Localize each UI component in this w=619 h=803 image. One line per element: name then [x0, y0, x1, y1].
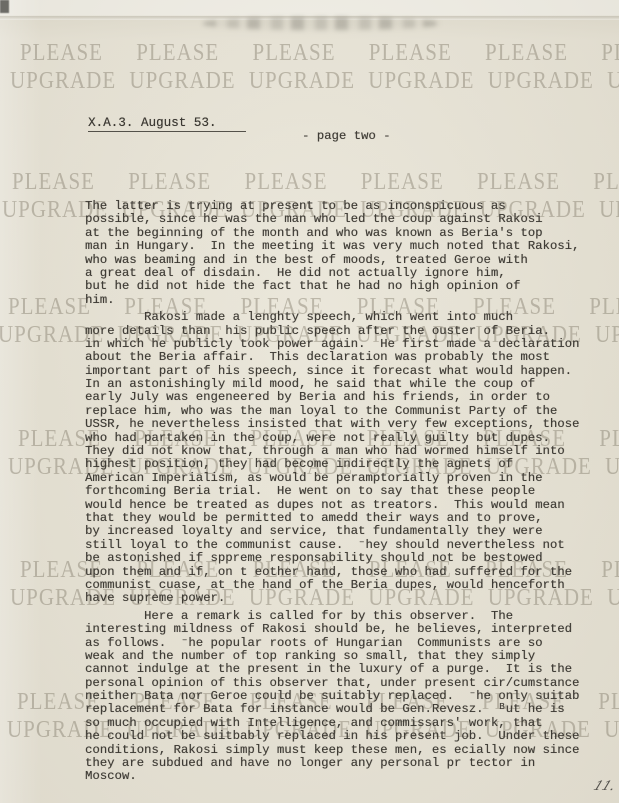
page-label: - page two -	[302, 129, 391, 143]
typed-line: Moscow.	[85, 770, 579, 783]
typed-line: personal opinion of this observer that, …	[85, 677, 579, 690]
typed-line: possible, since he was the man who led t…	[85, 213, 579, 226]
bleedthrough-smudge	[203, 17, 441, 30]
watermark-upgrade-row: UPGRADE UPGRADE UPGRADE UPGRADE UPGRADE …	[10, 66, 619, 95]
typed-line: American Imperialism, as would be peramp…	[85, 472, 579, 485]
typed-line: more details than his public speech afte…	[85, 325, 579, 338]
typed-line: would hence be treated as dupes not as t…	[85, 499, 579, 512]
watermark-please-row: PLEASE PLEASE PLEASE PLEASE PLEASE PLEAS…	[12, 167, 619, 196]
typed-line: so much occupied with Intelligence, and …	[85, 717, 579, 730]
typed-line: upon them and if, on t eother hand, thos…	[85, 566, 579, 579]
typed-line: at the beginning of the month and who wa…	[85, 227, 579, 240]
typed-line: Here a remark is called for by this obse…	[85, 610, 579, 623]
scanned-document-page: PLEASE PLEASE PLEASE PLEASE PLEASE PLEAS…	[0, 0, 619, 803]
typed-line: a great deal of disdain. He did not actu…	[85, 267, 579, 280]
watermark-please-row: PLEASE PLEASE PLEASE PLEASE PLEASE PLEAS…	[20, 38, 619, 67]
typed-line: conditions, Rakosi simply must keep thes…	[85, 744, 579, 757]
paper-fold-highlight	[0, 0, 42, 803]
typed-line: they are subdued and have no longer any …	[85, 757, 579, 770]
typed-line: early July was engeneered by Beria and h…	[85, 391, 579, 404]
typed-line: replacement for Bata for instance would …	[85, 703, 579, 716]
scan-corner-mark	[0, 0, 9, 13]
typed-line: in which he publicly took power again. H…	[85, 338, 579, 351]
document-reference-text: X.A.3. August 53.	[88, 116, 246, 132]
typed-line: forthcoming Beria trial. He went on to s…	[85, 485, 579, 498]
typed-line: communist cuase, at the hand of the Beri…	[85, 579, 579, 592]
typed-line: Rakosi made a lenghty speech, which went…	[85, 311, 579, 324]
typed-line: who had partaken in the coup, were not r…	[85, 432, 579, 445]
typed-line: that they would be permitted to amedd th…	[85, 512, 579, 525]
typed-line: he could not be suitbably replaced in hi…	[85, 730, 579, 743]
typed-line: still loyal to the communist cause. ⁻hey…	[85, 539, 579, 552]
typed-line: weak and the number of top ranking so sm…	[85, 650, 579, 663]
typed-line: as follows. ⁻he popular roots of Hungari…	[85, 637, 579, 650]
typed-line: but he did not hide the fact that he had…	[85, 280, 579, 293]
document-reference-heading: X.A.3. August 53.	[88, 116, 246, 132]
typed-line: by increased loyalty and service, that f…	[85, 525, 579, 538]
handwritten-page-number: 11.	[591, 779, 618, 794]
typed-line: interesting mildness of Rakosi should be…	[85, 623, 579, 636]
typed-line: They did not know that, through a man wh…	[85, 445, 579, 458]
typed-line: important part of his speech, since it f…	[85, 365, 579, 378]
typed-line: him.	[85, 294, 579, 307]
typed-line: USSR, he nevertheless insisted that with…	[85, 418, 579, 431]
typed-line: man in Hungary. In the meeting it was ve…	[85, 240, 579, 253]
typed-lines: The latter is trying at present to be as…	[85, 200, 579, 784]
typed-line: neither Bata nor Geroe could be suitably…	[85, 690, 579, 703]
typed-line: The latter is trying at present to be as…	[85, 200, 579, 213]
typed-text-body: The latter is trying at present to be as…	[85, 200, 579, 784]
typed-line: about the Beria affair. This declaration…	[85, 351, 579, 364]
typed-line: In an astonishingly mild mood, he said t…	[85, 378, 579, 391]
typed-line: replace him, who was the man loyal to th…	[85, 405, 579, 418]
typed-line: have supreme power.	[85, 592, 579, 605]
typed-line: cannot indulge at the present in the lux…	[85, 663, 579, 676]
typed-line: highest position, they had become indire…	[85, 458, 579, 471]
typed-line: be astonished if sppreme responsability …	[85, 552, 579, 565]
typed-line: who was beaming and in the best of moods…	[85, 254, 579, 267]
